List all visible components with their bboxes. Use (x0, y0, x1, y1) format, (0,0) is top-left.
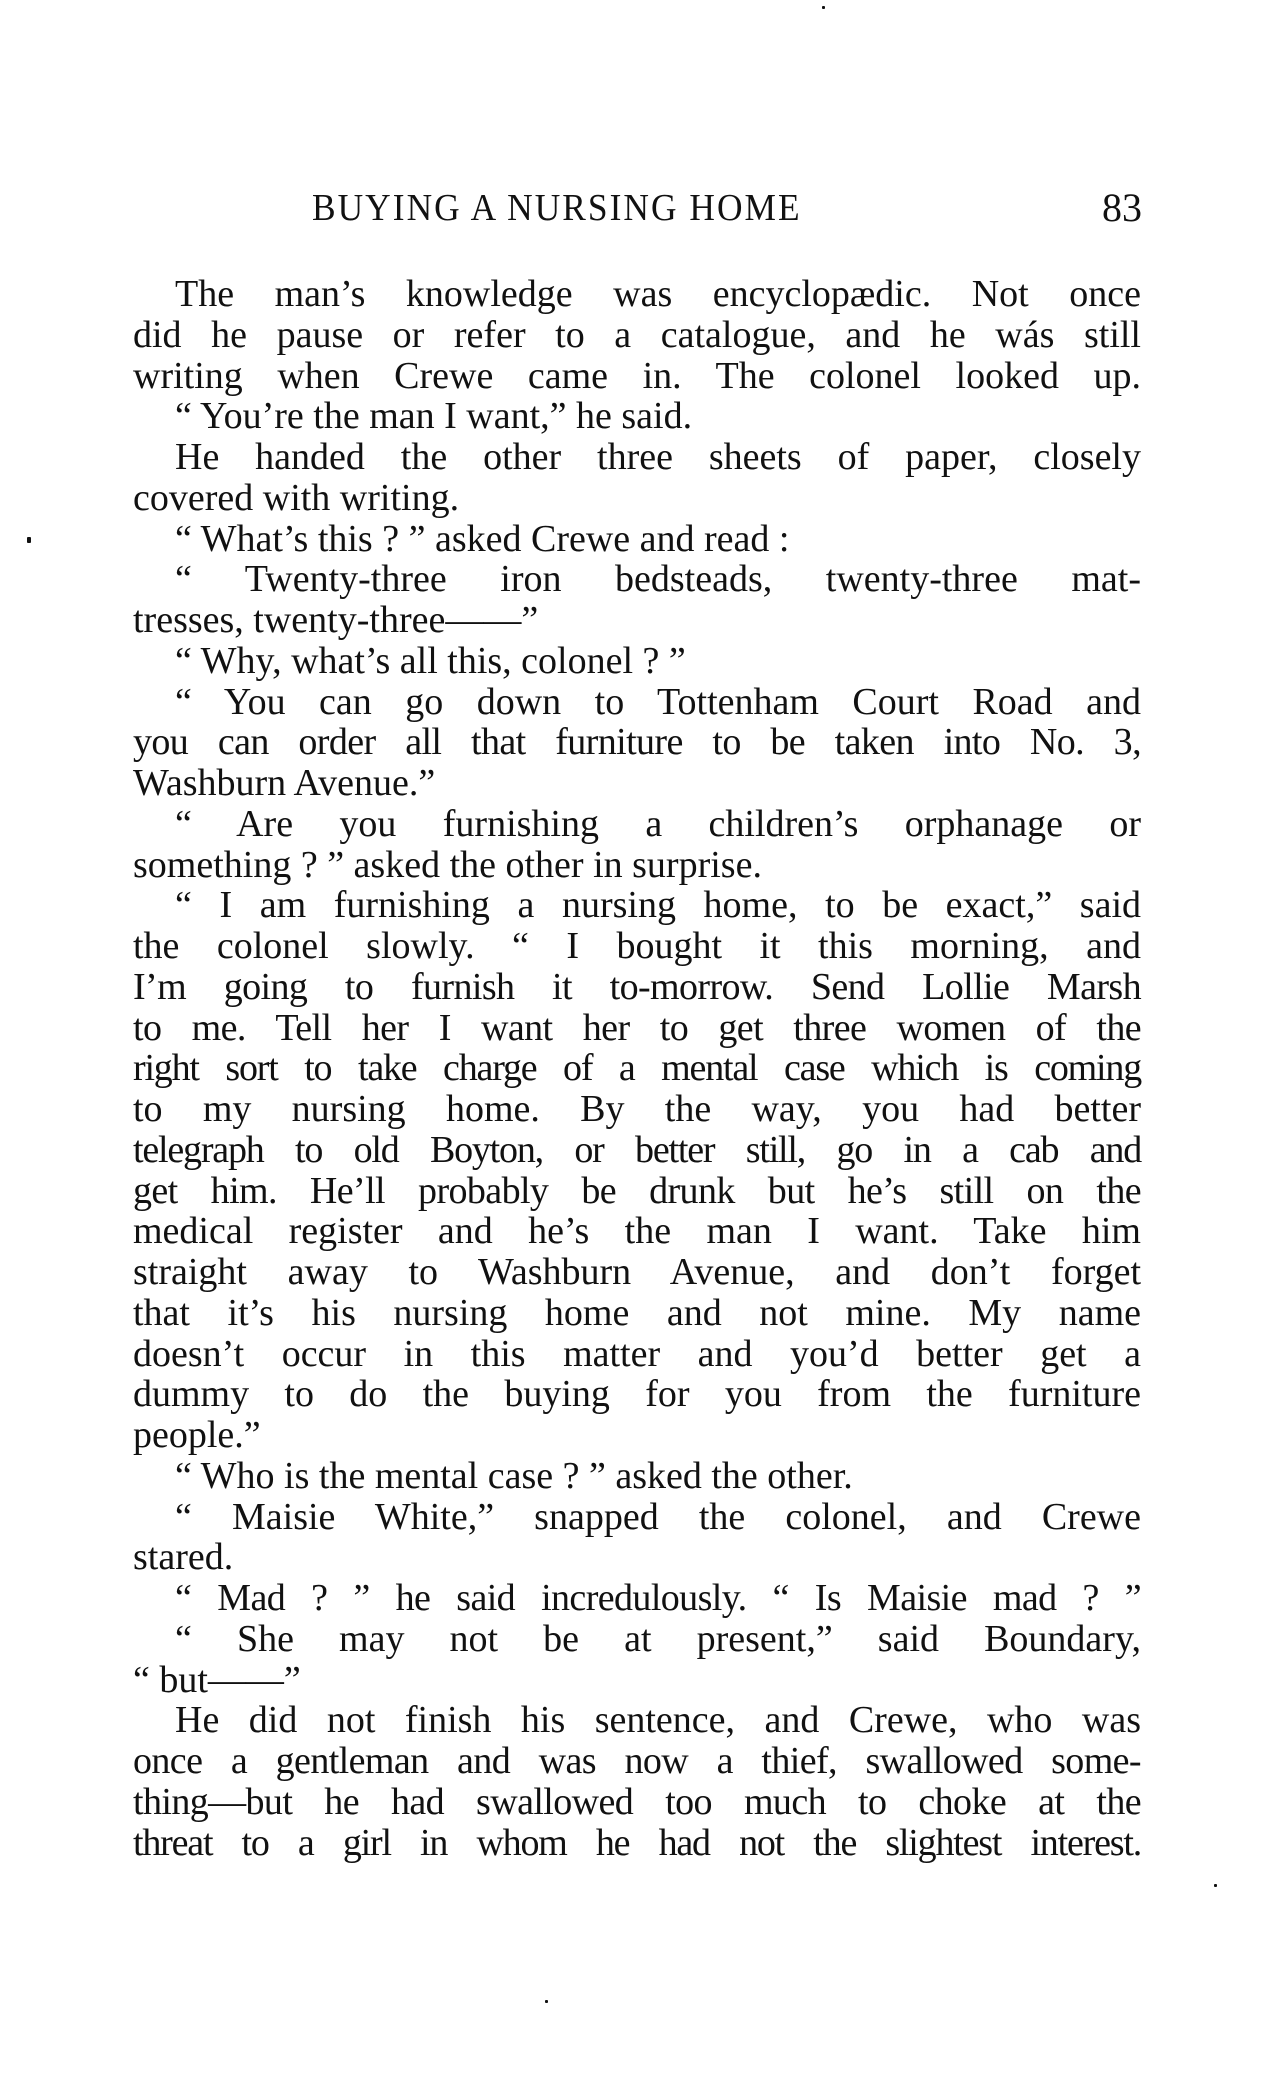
scan-speck (27, 537, 31, 543)
chapter-title: BUYING A NURSING HOME (312, 186, 802, 230)
text-line: Washburn Avenue.” (133, 763, 1141, 804)
text-line: “ Maisie White,” snapped the colonel, an… (133, 1497, 1141, 1538)
running-head: BUYING A NURSING HOME 83 (312, 186, 1142, 230)
text-line: “ I am furnishing a nursing home, to be … (133, 885, 1141, 926)
scan-speck (822, 6, 825, 9)
text-line: get him. He’ll probably be drunk but he’… (133, 1171, 1141, 1212)
text-line: covered with writing. (133, 478, 1141, 519)
text-line: the colonel slowly. “ I bought it this m… (133, 926, 1141, 967)
text-line: telegraph to old Boyton, or better still… (133, 1130, 1141, 1171)
text-line: dummy to do the buying for you from the … (133, 1374, 1141, 1415)
text-line: “ Are you furnishing a children’s orphan… (133, 804, 1141, 845)
text-line: “ Mad ? ” he said incredulously. “ Is Ma… (133, 1578, 1141, 1619)
text-line: that it’s his nursing home and not mine.… (133, 1293, 1141, 1334)
text-line: to me. Tell her I want her to get three … (133, 1008, 1141, 1049)
text-line: “ You can go down to Tottenham Court Roa… (133, 682, 1141, 723)
text-line: The man’s knowledge was encyclopædic. No… (133, 274, 1141, 315)
text-line: threat to a girl in whom he had not the … (133, 1823, 1141, 1864)
text-line: doesn’t occur in this matter and you’d b… (133, 1334, 1141, 1375)
text-line: writing when Crewe came in. The colonel … (133, 356, 1141, 397)
text-line: tresses, twenty-three——” (133, 600, 1141, 641)
text-line: thing—but he had swallowed too much to c… (133, 1782, 1141, 1823)
book-page: BUYING A NURSING HOME 83 The man’s knowl… (0, 0, 1286, 2080)
text-line: “ Twenty-three iron bedsteads, twenty-th… (133, 559, 1141, 600)
text-line: right sort to take charge of a mental ca… (133, 1048, 1141, 1089)
text-line: something ? ” asked the other in surpris… (133, 845, 1141, 886)
text-line: once a gentleman and was now a thief, sw… (133, 1741, 1141, 1782)
text-line: straight away to Washburn Avenue, and do… (133, 1252, 1141, 1293)
text-line: to my nursing home. By the way, you had … (133, 1089, 1141, 1130)
page-number: 83 (1102, 186, 1142, 230)
text-line: stared. (133, 1537, 1141, 1578)
text-line: He did not finish his sentence, and Crew… (133, 1700, 1141, 1741)
text-line: I’m going to furnish it to-morrow. Send … (133, 967, 1141, 1008)
text-line: “ Why, what’s all this, colonel ? ” (133, 641, 1141, 682)
text-line: people.” (133, 1415, 1141, 1456)
text-line: did he pause or refer to a catalogue, an… (133, 315, 1141, 356)
text-line: you can order all that furniture to be t… (133, 722, 1141, 763)
text-line: “ Who is the mental case ? ” asked the o… (133, 1456, 1141, 1497)
text-line: medical register and he’s the man I want… (133, 1211, 1141, 1252)
scan-speck (545, 2000, 548, 2003)
scan-speck (1214, 1884, 1217, 1887)
text-line: “ What’s this ? ” asked Crewe and read : (133, 519, 1141, 560)
text-line: “ but——” (133, 1660, 1141, 1701)
text-line: He handed the other three sheets of pape… (133, 437, 1141, 478)
text-line: “ You’re the man I want,” he said. (133, 396, 1141, 437)
text-line: “ She may not be at present,” said Bound… (133, 1619, 1141, 1660)
body-text: The man’s knowledge was encyclopædic. No… (133, 274, 1141, 1863)
